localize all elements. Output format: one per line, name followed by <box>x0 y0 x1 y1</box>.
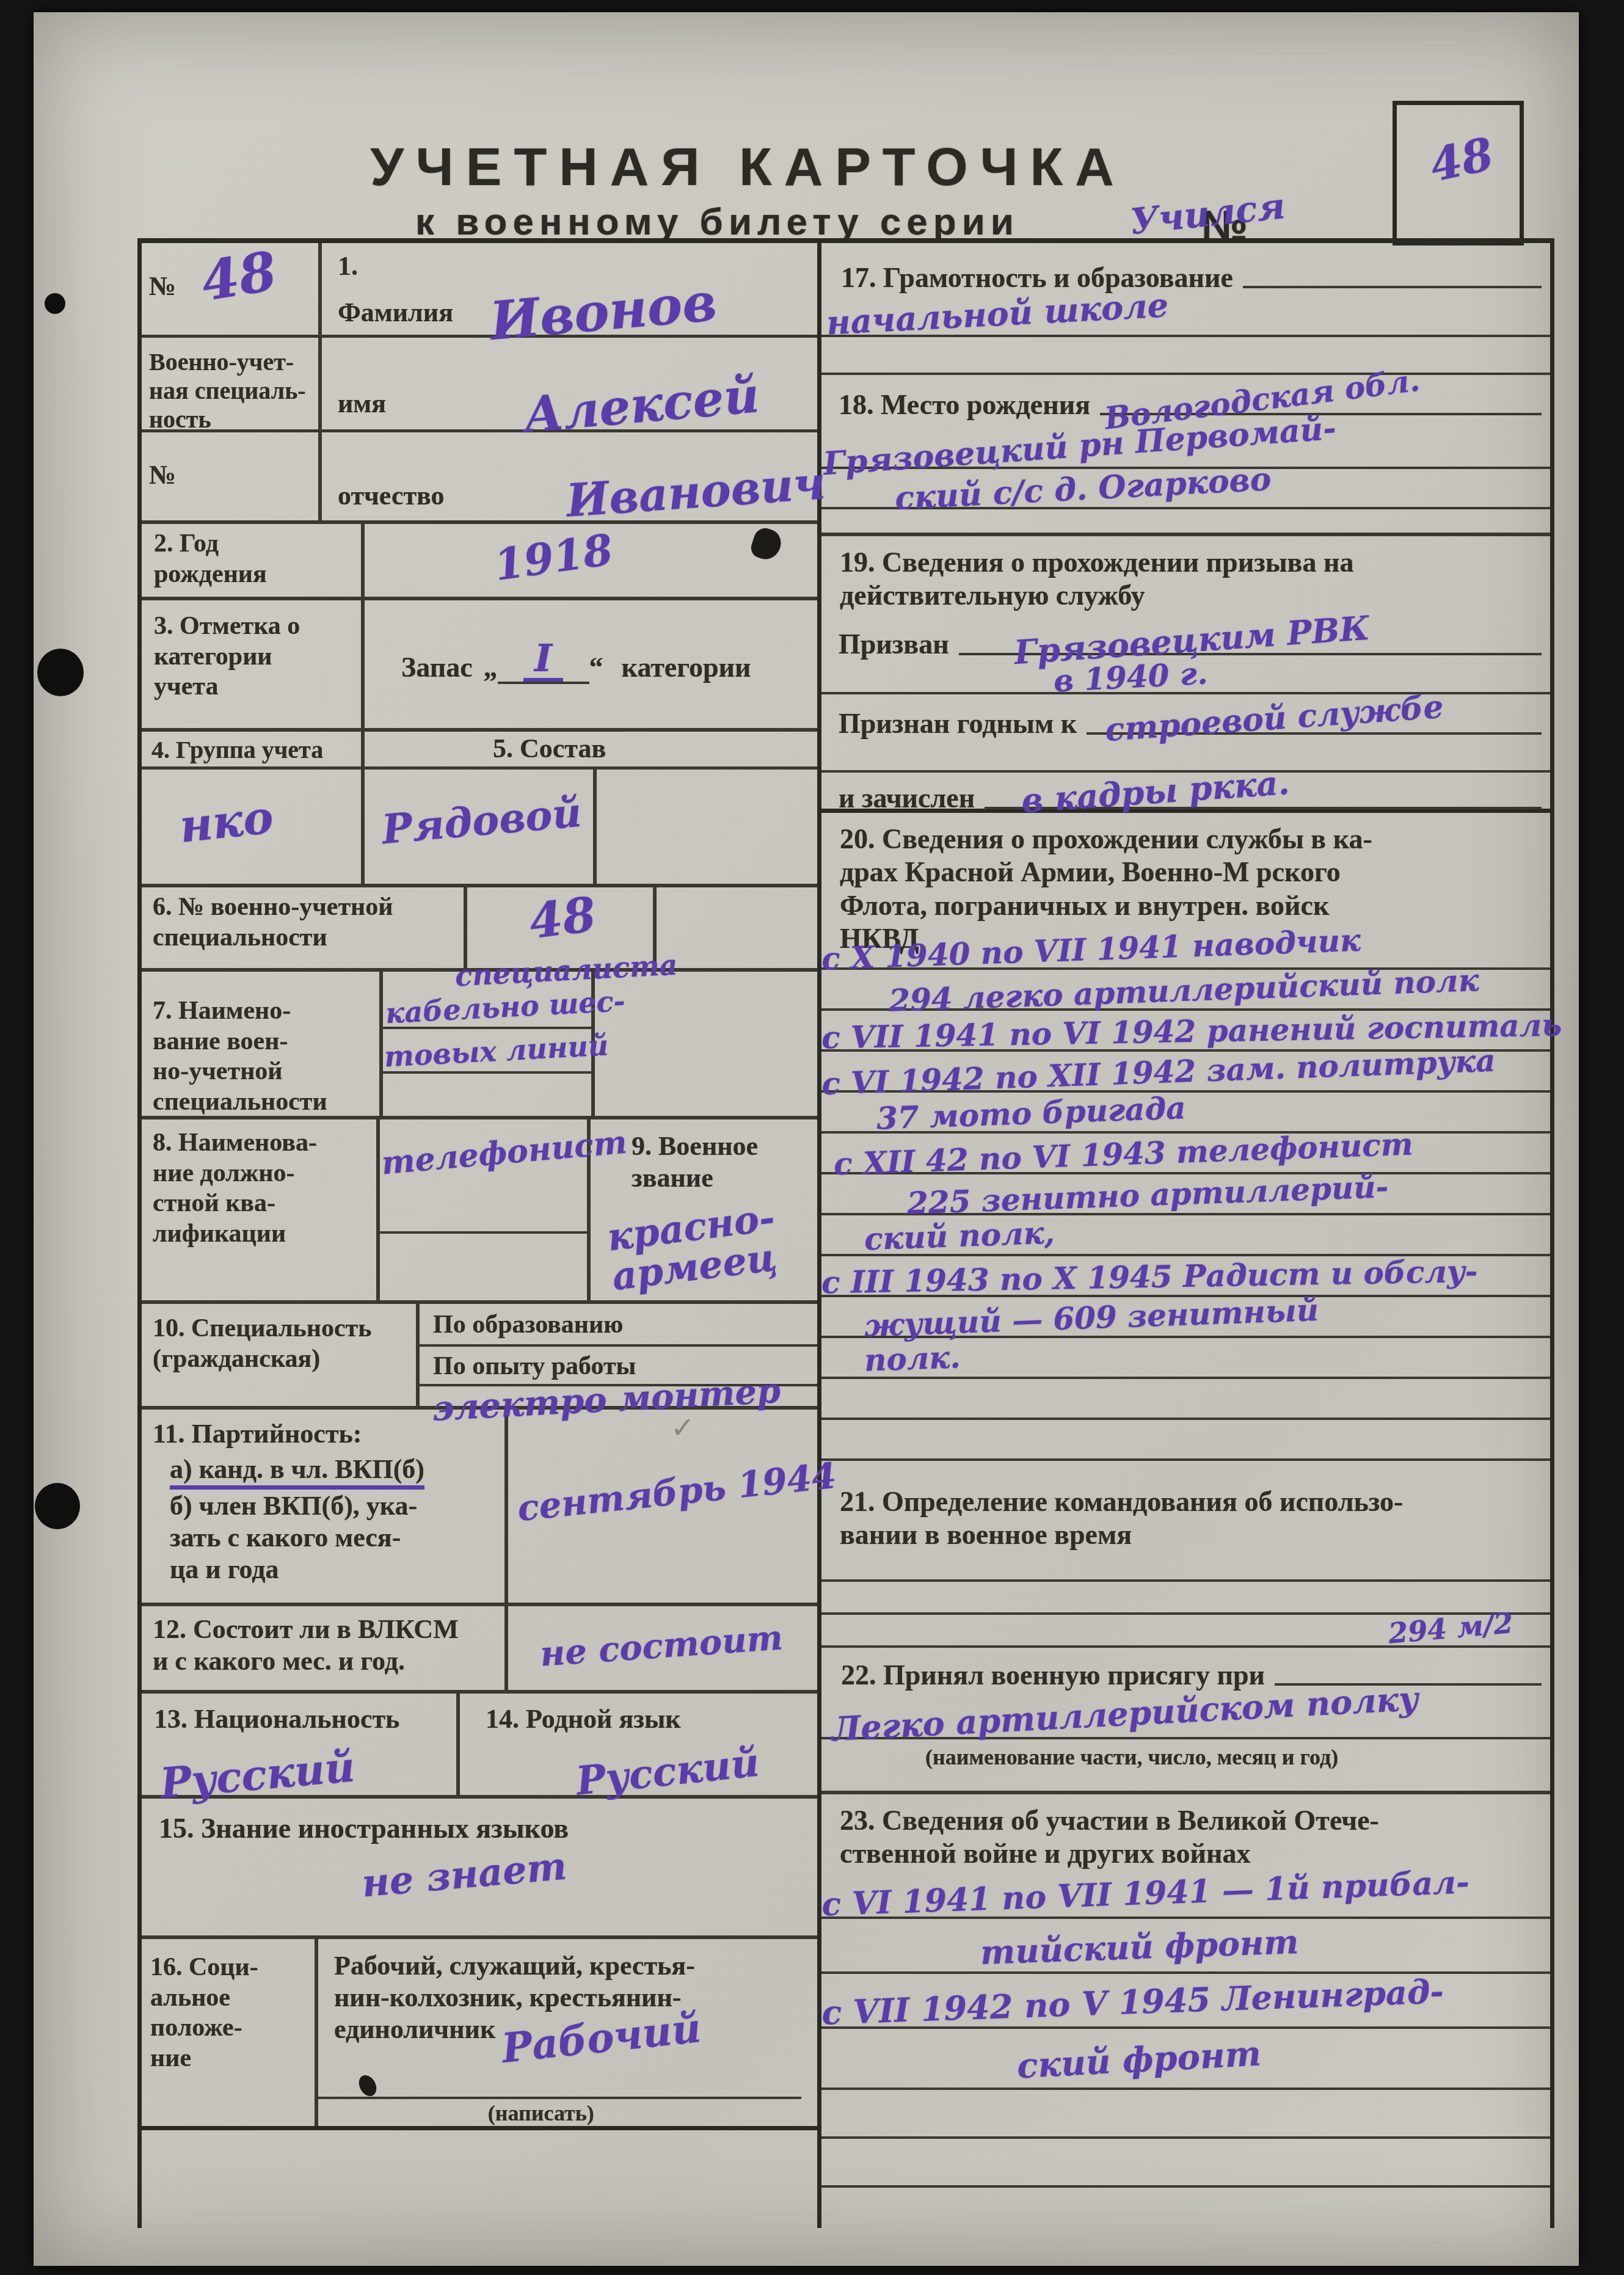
reg-number2-label: № <box>142 432 318 496</box>
section-conscription: 19. Сведения о прохождении призыва на де… <box>821 536 1550 813</box>
blank-line <box>821 337 1550 375</box>
name-label: имя <box>338 388 386 420</box>
called-line: Грязовецким РВК <box>959 621 1542 655</box>
reg-number-cell: № 48 <box>142 243 318 338</box>
native-language-cell: 14. Родной язык Русский <box>460 1694 817 1795</box>
birth-year-handwritten: 1918 <box>492 527 616 588</box>
section-oath: 294 м/2 22. Принял военную присягу при Л… <box>821 1648 1550 1794</box>
oath-label: 22. Принял военную присягу при <box>821 1648 1265 1692</box>
card-number-box: 48 <box>1393 101 1524 246</box>
vus-name-cell: кабельно шес- товых линий <box>383 972 595 1116</box>
name-fields: 1. Фамилия Ивонов имя Алексей отчество И… <box>322 243 817 520</box>
quote-open: „ <box>484 652 498 683</box>
wartime-use-label: 21. Определение командования об использо… <box>821 1477 1550 1549</box>
row-civil-specialty: 10. Специальность (гражданская) По образ… <box>142 1304 817 1410</box>
card-number-handwritten: 48 <box>1426 131 1498 190</box>
rank-cell: 9. Военное звание красно- армеец <box>591 1119 817 1300</box>
row-birth-year: 2. Год рождения 1918 <box>142 524 817 600</box>
vlksm-label: 12. Состоит ли в ВЛКСМ и с какого мес. и… <box>142 1606 508 1690</box>
war-line: ский фронт <box>1016 2036 1262 2085</box>
vus-name-handwritten-2: товых линий <box>384 1030 609 1071</box>
rank-label: 9. Военное звание <box>598 1124 810 1194</box>
war-participation-label: 23. Сведения об участии в Великой Отече-… <box>821 1794 1550 1871</box>
qualification-cell: телефонист <box>380 1119 591 1300</box>
party-date-handwritten: сентябрь 1944 <box>515 1457 838 1527</box>
photo-backdrop: УЧЕТНАЯ КАРТОЧКА к военному билету серии… <box>0 0 1624 2275</box>
literacy-handwritten: начальной школе <box>826 288 1169 340</box>
social-status-label: 16. Соци- альное положе- ние <box>142 1939 318 2126</box>
war-line: тийский фронт <box>980 1924 1299 1970</box>
empty-cell <box>657 887 817 968</box>
section-service-record: 20. Сведения о прохождении службы в ка- … <box>821 813 1550 1477</box>
sostav-value-cell: Рядовой <box>365 770 597 884</box>
party-label-cell: 11. Партийность: а) канд. в чл. ВКП(б) б… <box>142 1410 508 1603</box>
blank-line <box>821 2139 1550 2188</box>
reg-number-value: 48 <box>198 242 280 310</box>
row-vlksm: 12. Состоит ли в ВЛКСМ и с какого мес. и… <box>142 1606 817 1694</box>
native-language-label: 14. Родной язык <box>467 1698 810 1735</box>
blank-line <box>821 1379 1550 1420</box>
surname-label: Фамилия <box>338 297 453 329</box>
enrolled-handwritten: в кадры ркка. <box>1021 765 1291 818</box>
social-status-cell: Рабочий, служащий, крестья- нин-колхозни… <box>318 1939 817 2126</box>
vus-number-cell: 48 специалиста <box>467 887 657 968</box>
blank-line <box>821 509 1550 534</box>
blank-line <box>821 1582 1550 1615</box>
fit-line: строевой службе <box>1087 698 1542 735</box>
native-language-handwritten: Русский <box>574 1742 761 1802</box>
oath-note: (наименование части, число, месяц и год) <box>925 1744 1550 1770</box>
foreign-languages-handwritten: не знает <box>360 1846 569 1904</box>
enrolled-line: в кадры ркка. <box>985 774 1542 809</box>
section-literacy: Учился 17. Грамотность и образование нач… <box>821 243 1550 377</box>
write-in-line <box>318 2097 801 2099</box>
write-in-note: (написать) <box>488 2100 594 2126</box>
service-line: с X 1940 по VII 1941 наводчик <box>821 925 1361 975</box>
section-war-participation: 23. Сведения об участии в Великой Отече-… <box>821 1794 1550 2228</box>
row-group-sostav-values: нко Рядовой <box>142 770 817 887</box>
fit-label: Признан годным к <box>821 707 1077 740</box>
nationality-handwritten: Русский <box>158 1745 357 1806</box>
group-handwritten: нко <box>177 794 275 851</box>
form-body: № 48 Военно-учет- ная специаль- ность № … <box>137 238 1554 2228</box>
civil-specialty-cell: По образованию По опыту работы электро м… <box>420 1304 817 1406</box>
nationality-label: 13. Национальность <box>149 1698 449 1735</box>
birthplace-handwritten-3: ский с/с д. Огарково <box>894 463 1272 516</box>
literacy-label: 17. Грамотность и образование <box>821 246 1233 294</box>
section-birthplace: 18. Место рождения Вологодская обл. Гряз… <box>821 377 1550 536</box>
category-cell: Запас „I“ категории <box>365 600 817 728</box>
service-line: 37 мото бригада <box>876 1092 1186 1135</box>
service-record-label: 20. Сведения о прохождении службы в ка- … <box>821 813 1550 929</box>
patronymic-handwritten: Иванович <box>565 460 827 526</box>
row-group-sostav-header: 4. Группа учета 5. Состав <box>142 732 817 770</box>
by-education-label: По образованию <box>420 1304 817 1347</box>
party-value-cell: ✓ сентябрь 1944 <box>508 1410 817 1603</box>
row-qualification-rank: 8. Наименова- ние должно- стной ква- лиф… <box>142 1119 817 1304</box>
punch-hole <box>45 293 65 314</box>
vus-label-column: № 48 Военно-учет- ная специаль- ность № <box>142 243 322 520</box>
qualification-label: 8. Наименова- ние должно- стной ква- лиф… <box>142 1119 380 1300</box>
empty-cell <box>597 770 817 884</box>
card-subtitle: к военному билету серии <box>415 200 1019 244</box>
row-foreign-languages: 15. Знание иностранных языков не знает <box>142 1799 817 1939</box>
name-handwritten: Алексей <box>522 369 761 440</box>
group-value-cell: нко <box>142 770 365 884</box>
service-line: жущий — 609 зенитный <box>864 1294 1319 1342</box>
empty-cell <box>595 972 817 1116</box>
sostav-handwritten: Рядовой <box>381 792 583 851</box>
party-option-a: а) канд. в чл. ВКП(б) <box>170 1454 424 1490</box>
card-title: УЧЕТНАЯ КАРТОЧКА <box>137 136 1359 198</box>
patronymic-label: отчество <box>338 480 445 512</box>
group-label: 4. Группа учета <box>142 732 365 766</box>
punch-hole <box>35 1483 80 1529</box>
vlksm-handwritten: не состоит <box>539 1620 784 1672</box>
row-vus-name: 7. Наимено- вание воен- но-учетной специ… <box>142 972 817 1119</box>
row-nationality-language: 13. Национальность Русский 14. Родной яз… <box>142 1694 817 1799</box>
reg-number-label: № <box>149 271 176 301</box>
card-paper: УЧЕТНАЯ КАРТОЧКА к военному билету серии… <box>34 12 1579 2266</box>
category-handwritten: I <box>523 638 563 682</box>
war-line: с VI 1941 по VII 1941 — 1й прибал- <box>821 1866 1469 1923</box>
row-social-status: 16. Соци- альное положе- ние Рабочий, сл… <box>142 1939 817 2130</box>
service-line: ский полк, <box>864 1217 1055 1256</box>
service-line: полк. <box>864 1341 961 1377</box>
war-line: с VII 1942 по V 1945 Ленинград- <box>821 1974 1444 2030</box>
punch-hole <box>37 649 84 696</box>
civil-specialty-label: 10. Специальность (гражданская) <box>142 1304 420 1406</box>
blank-line <box>821 2090 1550 2139</box>
blank-line <box>821 1549 1550 1582</box>
surname-row: 1. Фамилия Ивонов <box>322 243 817 338</box>
paper-hole <box>355 2072 380 2099</box>
ink-blot <box>748 525 784 563</box>
vus-name-label: 7. Наимено- вание воен- но-учетной специ… <box>142 972 383 1116</box>
name-row: имя Алексей <box>322 338 817 432</box>
left-column: № 48 Военно-учет- ная специаль- ность № … <box>137 243 821 2228</box>
birth-year-cell: 1918 <box>365 524 817 597</box>
vlksm-value-cell: не состоит <box>508 1606 817 1690</box>
party-option-b: б) член ВКП(б), ука- зать с какого меся-… <box>170 1490 501 1585</box>
conscription-label: 19. Сведения о прохождении призыва на де… <box>821 536 1550 613</box>
quote-close: “ <box>589 652 603 683</box>
nationality-cell: 13. Национальность Русский <box>142 1694 460 1795</box>
row-category: 3. Отметка о категории учета Запас „I“ к… <box>142 600 817 732</box>
row-vus-number: 6. № военно-учетной специальности 48 спе… <box>142 887 817 972</box>
vus-number-handwritten: 48 <box>526 890 599 948</box>
vus-number-label: 6. № военно-учетной специальности <box>142 887 467 968</box>
right-column: Учился 17. Грамотность и образование нач… <box>821 243 1554 2228</box>
category-suffix: категории <box>622 652 751 683</box>
vus-label: Военно-учет- ная специаль- ность <box>142 338 318 432</box>
enrolled-label: и зачислен <box>821 782 975 815</box>
birthplace-label: 18. Место рождения <box>821 375 1090 421</box>
birth-year-label: 2. Год рождения <box>142 524 365 597</box>
vus-name-handwritten-1: кабельно шес- <box>385 986 626 1028</box>
literacy-line <box>1243 243 1542 288</box>
blank-line <box>821 741 1550 773</box>
sostav-label: 5. Состав <box>365 732 817 766</box>
service-line: с III 1943 по X 1945 Радист и обслу- <box>821 1256 1478 1299</box>
category-label: 3. Отметка о категории учета <box>142 600 365 728</box>
blank-line <box>821 1420 1550 1461</box>
patronymic-row: отчество Иванович <box>322 432 817 520</box>
item1-number: 1. <box>338 250 358 282</box>
called-label: Призван <box>821 628 949 661</box>
fit-handwritten: строевой службе <box>1104 691 1444 748</box>
row-identity: № 48 Военно-учет- ная специаль- ность № … <box>142 243 817 524</box>
zapas-label: Запас <box>401 652 473 683</box>
called-handwritten-2: в 1940 г. <box>1053 657 1209 697</box>
foreign-languages-label: 15. Знание иностранных языков <box>142 1799 817 1845</box>
birthplace-line: Вологодская обл. <box>1100 377 1542 415</box>
service-line: 225 зенитно артиллерий- <box>906 1171 1389 1220</box>
row-party: 11. Партийность: а) канд. в чл. ВКП(б) б… <box>142 1410 817 1606</box>
